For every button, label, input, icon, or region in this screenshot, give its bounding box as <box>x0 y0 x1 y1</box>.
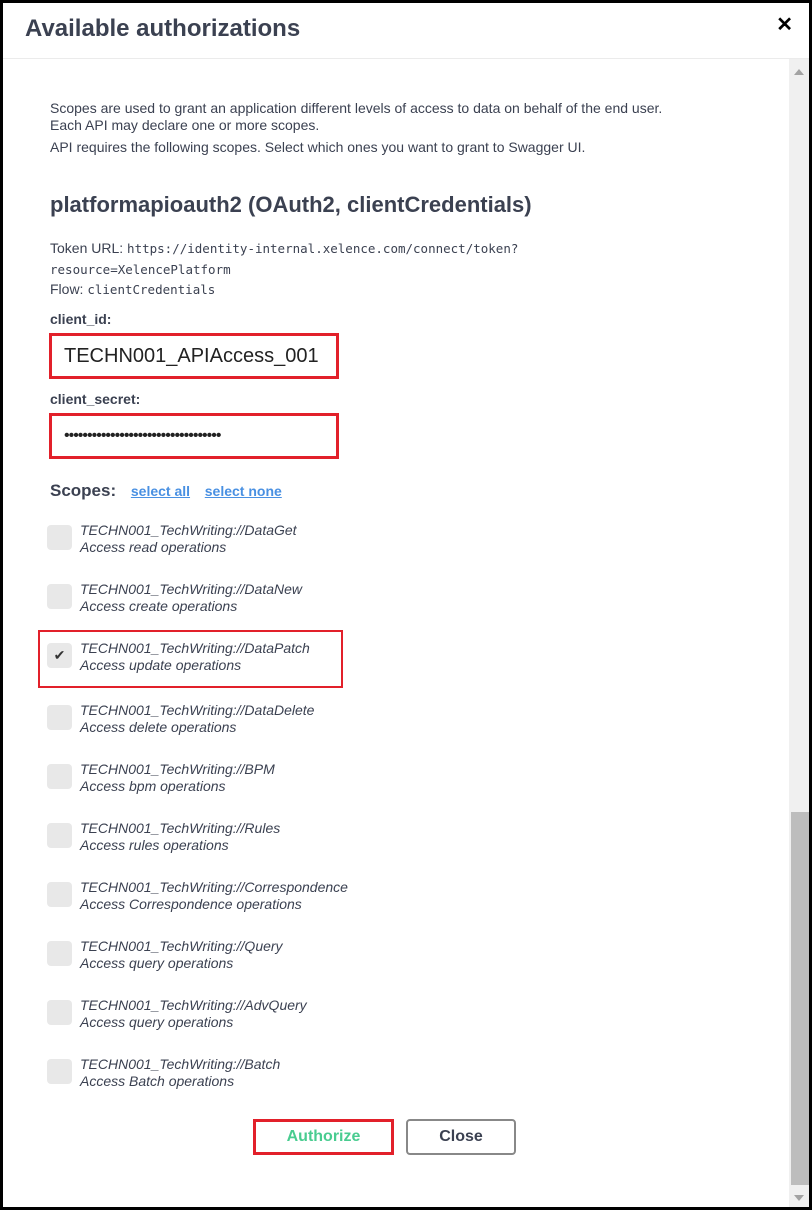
scope-description: Access query operations <box>80 955 283 972</box>
scope-label: TECHN001_TechWriting://BPMAccess bpm ope… <box>80 761 275 795</box>
intro-line-2: Each API may declare one or more scopes. <box>50 117 319 133</box>
scrollbar[interactable] <box>789 59 809 1207</box>
scopes-header: Scopes: select all select none <box>50 481 282 501</box>
scope-name: TECHN001_TechWriting://DataNew <box>80 581 302 598</box>
scope-description: Access Batch operations <box>80 1073 280 1090</box>
client-id-field-wrapper <box>49 333 339 379</box>
client-id-field[interactable] <box>52 336 336 376</box>
scope-checkbox[interactable] <box>47 705 72 730</box>
scope-description: Access create operations <box>80 598 302 615</box>
select-all-link[interactable]: select all <box>131 483 190 499</box>
scope-label: TECHN001_TechWriting://QueryAccess query… <box>80 938 283 972</box>
client-secret-label: client_secret: <box>50 391 140 407</box>
token-url-value-2: resource=XelencePlatform <box>50 262 231 277</box>
scopes-label: Scopes: <box>50 481 116 500</box>
dialog-body: Scopes are used to grant an application … <box>3 59 787 1207</box>
scope-checkbox[interactable] <box>47 584 72 609</box>
scope-name: TECHN001_TechWriting://Batch <box>80 1056 280 1073</box>
token-url-value-1: https://identity-internal.xelence.com/co… <box>127 241 518 256</box>
client-id-label: client_id: <box>50 311 111 327</box>
scope-checkbox[interactable] <box>47 1059 72 1084</box>
scope-checkbox[interactable] <box>47 941 72 966</box>
scope-name: TECHN001_TechWriting://DataGet <box>80 522 297 539</box>
authorize-button[interactable]: Authorize <box>253 1119 394 1155</box>
scope-checkbox[interactable] <box>47 882 72 907</box>
flow-value: clientCredentials <box>87 282 215 297</box>
scope-name: TECHN001_TechWriting://DataDelete <box>80 702 314 719</box>
token-url: Token URL: https://identity-internal.xel… <box>50 238 518 280</box>
select-none-link[interactable]: select none <box>205 483 282 499</box>
scope-checkbox[interactable] <box>47 1000 72 1025</box>
scope-checkbox[interactable] <box>47 764 72 789</box>
scope-description: Access query operations <box>80 1014 307 1031</box>
scope-label: TECHN001_TechWriting://DataGetAccess rea… <box>80 522 297 556</box>
scope-label: TECHN001_TechWriting://DataDeleteAccess … <box>80 702 314 736</box>
close-button[interactable]: Close <box>406 1119 516 1155</box>
client-secret-field[interactable] <box>52 416 336 456</box>
intro-text: Scopes are used to grant an application … <box>50 100 662 134</box>
scope-label: TECHN001_TechWriting://AdvQueryAccess qu… <box>80 997 307 1031</box>
scope-description: Access Correspondence operations <box>80 896 348 913</box>
scope-description: Access rules operations <box>80 837 280 854</box>
scroll-up-arrow-icon[interactable] <box>794 69 804 75</box>
scope-label: TECHN001_TechWriting://BatchAccess Batch… <box>80 1056 280 1090</box>
scope-checkbox[interactable] <box>47 525 72 550</box>
token-url-label: Token URL: <box>50 240 123 256</box>
authorization-dialog: Available authorizations ✕ Scopes are us… <box>3 3 809 1207</box>
scope-name: TECHN001_TechWriting://Query <box>80 938 283 955</box>
client-secret-field-wrapper <box>49 413 339 459</box>
scopes-intro: Scopes are used to grant an application … <box>50 100 662 161</box>
intro-line-1: Scopes are used to grant an application … <box>50 100 662 116</box>
flow-info: Flow: clientCredentials <box>50 281 215 297</box>
scope-checkbox[interactable] <box>47 823 72 848</box>
auth-scheme-title: platformapioauth2 (OAuth2, clientCredent… <box>50 192 532 218</box>
dialog-header: Available authorizations ✕ <box>3 3 809 59</box>
scope-label: TECHN001_TechWriting://DataNewAccess cre… <box>80 581 302 615</box>
scope-name: TECHN001_TechWriting://AdvQuery <box>80 997 307 1014</box>
intro-line-3: API requires the following scopes. Selec… <box>50 139 662 156</box>
scrollbar-thumb[interactable] <box>791 812 809 1185</box>
highlight-box <box>38 630 343 688</box>
scope-description: Access read operations <box>80 539 297 556</box>
scope-description: Access bpm operations <box>80 778 275 795</box>
scope-description: Access delete operations <box>80 719 314 736</box>
close-icon[interactable]: ✕ <box>776 15 793 35</box>
scope-name: TECHN001_TechWriting://Correspondence <box>80 879 348 896</box>
scope-name: TECHN001_TechWriting://BPM <box>80 761 275 778</box>
scope-label: TECHN001_TechWriting://RulesAccess rules… <box>80 820 280 854</box>
dialog-title: Available authorizations <box>25 15 300 43</box>
flow-label: Flow: <box>50 281 83 297</box>
scope-label: TECHN001_TechWriting://CorrespondenceAcc… <box>80 879 348 913</box>
scroll-down-arrow-icon[interactable] <box>794 1195 804 1201</box>
scope-name: TECHN001_TechWriting://Rules <box>80 820 280 837</box>
